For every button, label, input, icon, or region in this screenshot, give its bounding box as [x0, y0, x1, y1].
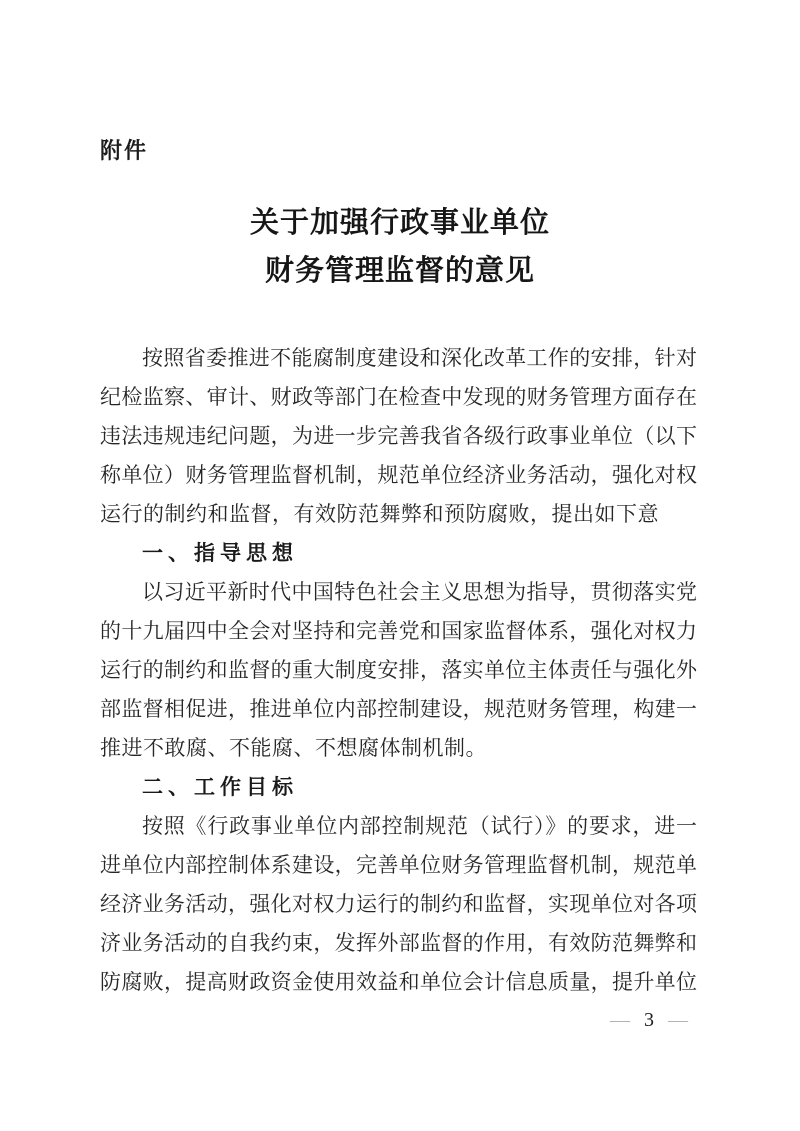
intro-paragraph-line-3: 违法违规违纪问题，为进一步完善我省各级行政事业单位（以下简: [100, 417, 697, 456]
work-goals-paragraph-line-1: 按照《行政事业单位内部控制规范（试行）》的要求，进一步推: [100, 807, 697, 846]
work-goals-paragraph-line-4: 济业务活动的自我约束，发挥外部监督的作用，有效防范舞弊和预: [100, 924, 697, 963]
intro-paragraph-line-2: 纪检监察、审计、财政等部门在检查中发现的财务管理方面存在的: [100, 378, 697, 417]
guiding-ideology-paragraph-line-1: 以习近平新时代中国特色社会主义思想为指导，贯彻落实党: [100, 573, 697, 612]
attachment-label: 附件: [100, 134, 148, 165]
document-page: 附件 关于加强行政事业单位 财务管理监督的意见 按照省委推进不能腐制度建设和深化…: [0, 0, 800, 1131]
section-heading-2: 二、工作目标: [100, 768, 697, 807]
document-body: 按照省委推进不能腐制度建设和深化改革工作的安排，针对纪检监察、审计、财政等部门在…: [100, 339, 697, 1002]
title-line-1: 关于加强行政事业单位: [0, 199, 800, 247]
guiding-ideology-paragraph-line-2: 的十九届四中全会对坚持和完善党和国家监督体系，强化对权力: [100, 612, 697, 651]
work-goals-paragraph-line-5: 防腐败，提高财政资金使用效益和单位会计信息质量，提升单位管: [100, 963, 697, 1002]
guiding-ideology-paragraph-line-5: 推进不敢腐、不能腐、不想腐体制机制。: [100, 729, 697, 768]
intro-paragraph-line-5: 运行的制约和监督，有效防范舞弊和预防腐败，提出如下意见：: [100, 495, 697, 534]
work-goals-paragraph-line-3: 经济业务活动，强化对权力运行的制约和监督，实现单位对各项经: [100, 885, 697, 924]
footer-dash-right: —: [668, 1009, 688, 1032]
title-line-2: 财务管理监督的意见: [0, 247, 800, 295]
section-heading-1: 一、指导思想: [100, 534, 697, 573]
intro-paragraph-line-4: 称单位）财务管理监督机制，规范单位经济业务活动，强化对权力: [100, 456, 697, 495]
guiding-ideology-paragraph-line-3: 运行的制约和监督的重大制度安排，落实单位主体责任与强化外: [100, 651, 697, 690]
work-goals-paragraph-line-2: 进单位内部控制体系建设，完善单位财务管理监督机制，规范单位: [100, 846, 697, 885]
page-footer: — 3 —: [610, 1009, 688, 1032]
guiding-ideology-paragraph-line-4: 部监督相促进，推进单位内部控制建设，规范财务管理，构建一体: [100, 690, 697, 729]
document-title: 关于加强行政事业单位 财务管理监督的意见: [0, 199, 800, 295]
page-number: 3: [644, 1009, 654, 1032]
intro-paragraph-line-1: 按照省委推进不能腐制度建设和深化改革工作的安排，针对: [100, 339, 697, 378]
footer-dash-left: —: [610, 1009, 630, 1032]
